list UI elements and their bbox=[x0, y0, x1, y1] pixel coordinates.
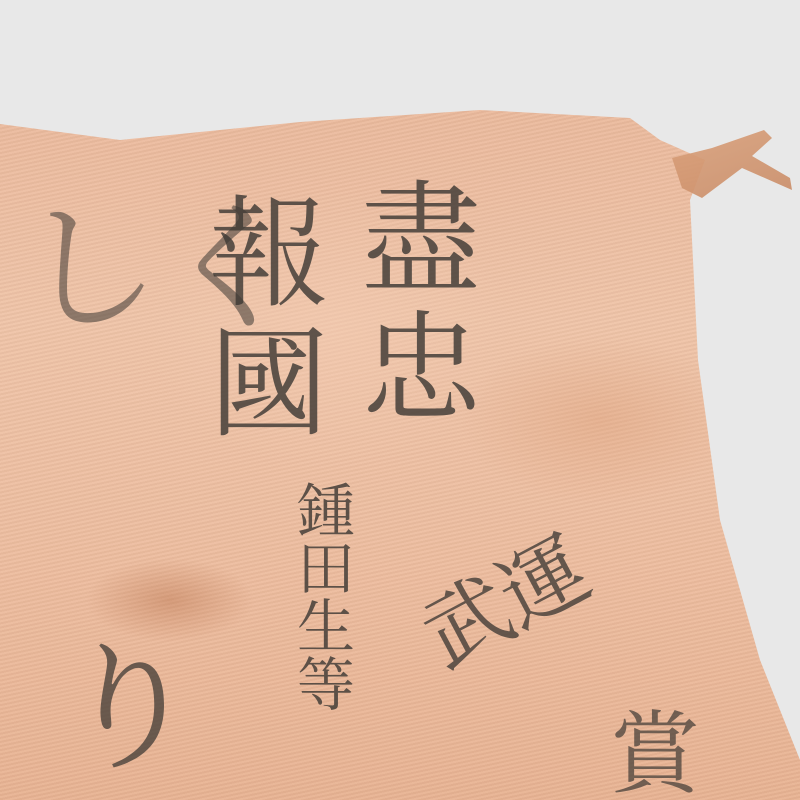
cloth-tie-cord bbox=[672, 128, 792, 198]
brush-fragment-bottom-right: 賞 bbox=[610, 710, 700, 800]
calligraphy-jinchu: 盡忠 bbox=[350, 175, 470, 435]
signature-vertical: 鍾田生等 bbox=[292, 480, 350, 712]
brush-fragment-bottom-left: り bbox=[60, 640, 200, 780]
photo-scene: 盡忠 報國 鍾田生等 武運 しく り 賞 bbox=[0, 0, 800, 800]
brush-fragment-left: しく bbox=[20, 200, 300, 340]
